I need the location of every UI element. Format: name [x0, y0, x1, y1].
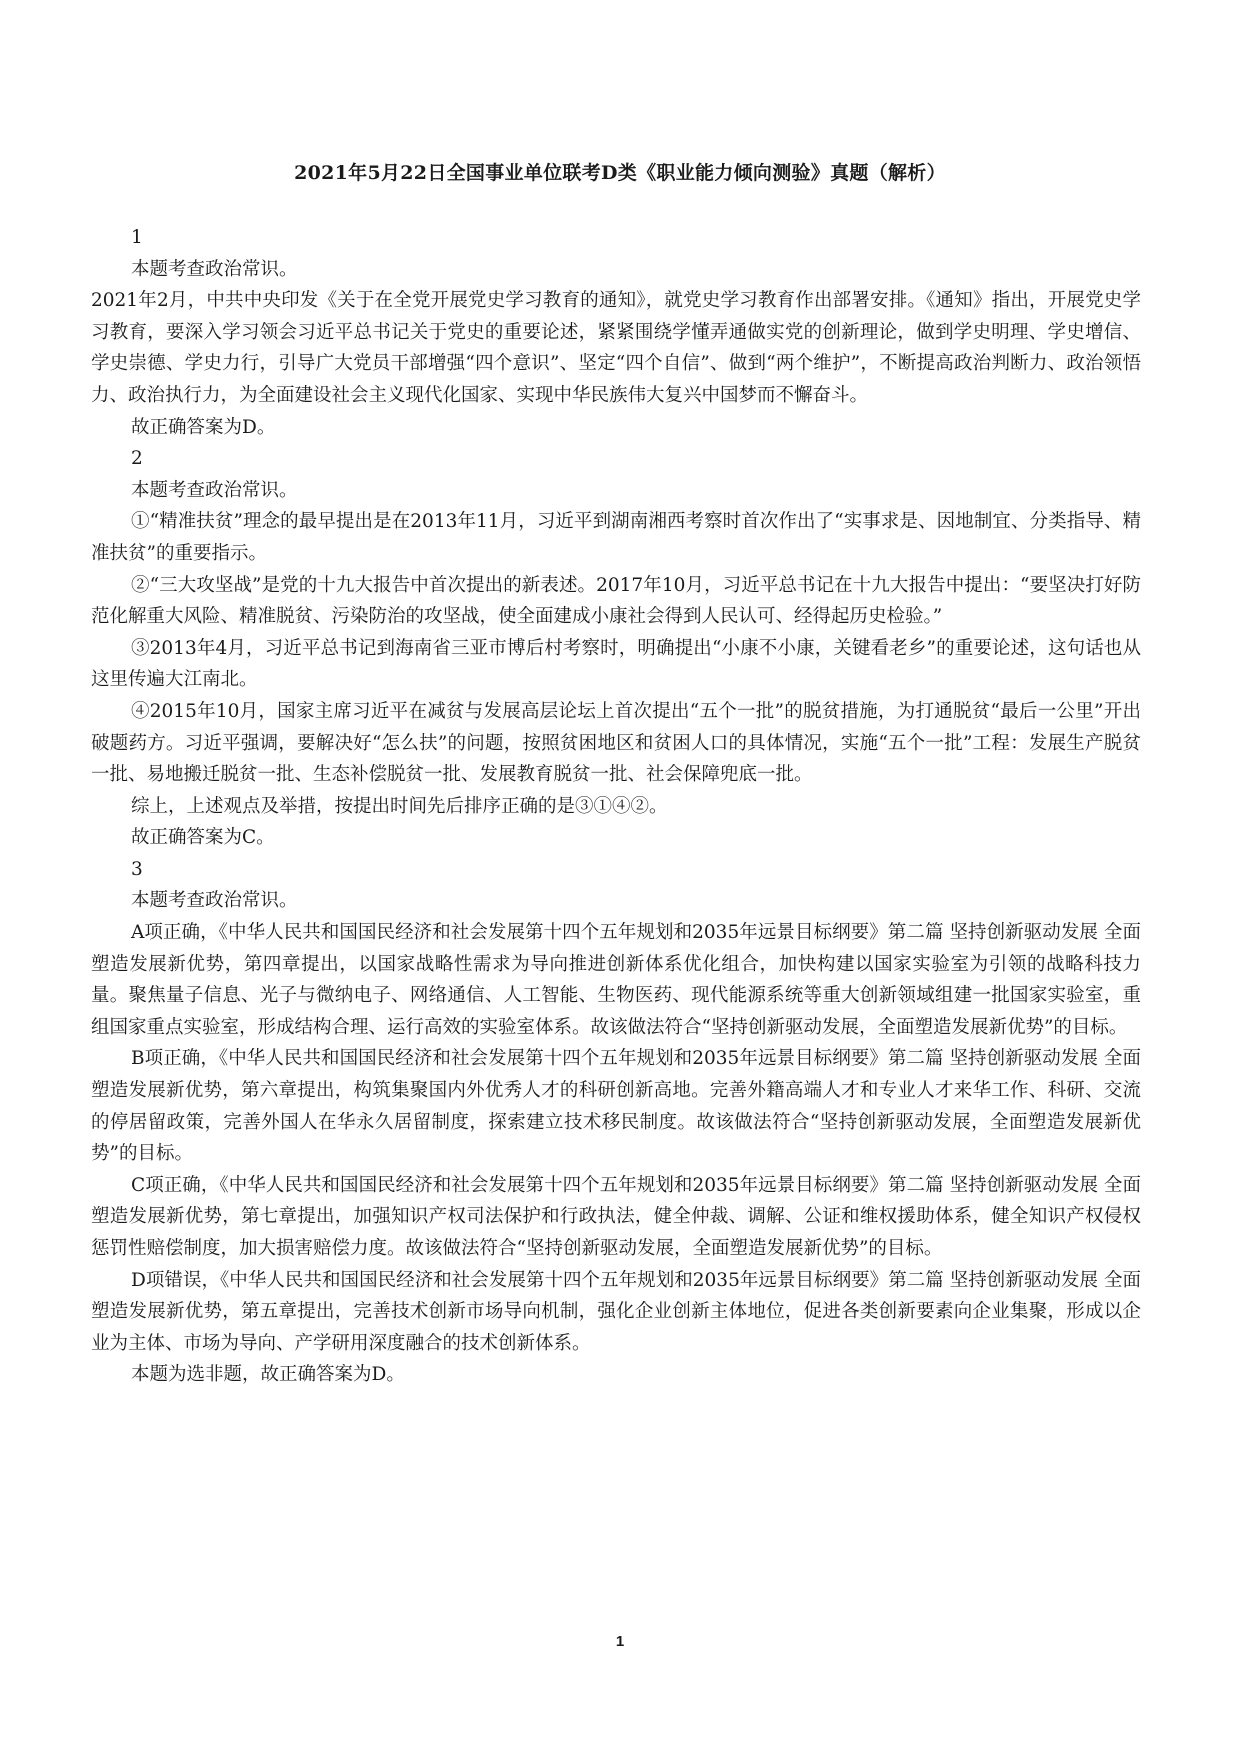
- paragraph: ①“精准扶贫”理念的最早提出是在2013年11月，习近平到湖南湘西考察时首次作出…: [91, 506, 1141, 569]
- paragraph: C项正确，《中华人民共和国国民经济和社会发展第十四个五年规划和2035年远景目标…: [91, 1170, 1141, 1265]
- page-number: 1: [0, 1633, 1240, 1650]
- paragraph: ④2015年10月，国家主席习近平在减贫与发展高层论坛上首次提出“五个一批”的脱…: [91, 696, 1141, 791]
- question-number: 2: [91, 443, 1141, 475]
- document-title: 2021年5月22日全国事业单位联考D类《职业能力倾向测验》真题（解析）: [0, 158, 1240, 185]
- paragraph: ②“三大攻坚战”是党的十九大报告中首次提出的新表述。2017年10月，习近平总书…: [91, 570, 1141, 633]
- answer-line: 故正确答案为D。: [91, 412, 1141, 444]
- answer-line: 本题为选非题，故正确答案为D。: [91, 1359, 1141, 1391]
- paragraph: 综上，上述观点及举措，按提出时间先后排序正确的是③①④②。: [91, 791, 1141, 823]
- question-number: 1: [91, 222, 1141, 254]
- paragraph: 本题考查政治常识。: [91, 475, 1141, 507]
- paragraph: D项错误，《中华人民共和国国民经济和社会发展第十四个五年规划和2035年远景目标…: [91, 1265, 1141, 1360]
- answer-line: 故正确答案为C。: [91, 822, 1141, 854]
- paragraph: A项正确，《中华人民共和国国民经济和社会发展第十四个五年规划和2035年远景目标…: [91, 917, 1141, 1043]
- paragraph: ③2013年4月，习近平总书记到海南省三亚市博后村考察时，明确提出“小康不小康，…: [91, 633, 1141, 696]
- document-body: 1 本题考查政治常识。 2021年2月，中共中央印发《关于在全党开展党史学习教育…: [91, 222, 1141, 1391]
- paragraph: B项正确，《中华人民共和国国民经济和社会发展第十四个五年规划和2035年远景目标…: [91, 1043, 1141, 1169]
- paragraph: 本题考查政治常识。: [91, 885, 1141, 917]
- paragraph: 2021年2月，中共中央印发《关于在全党开展党史学习教育的通知》，就党史学习教育…: [91, 285, 1141, 411]
- paragraph: 本题考查政治常识。: [91, 254, 1141, 286]
- question-number: 3: [91, 854, 1141, 886]
